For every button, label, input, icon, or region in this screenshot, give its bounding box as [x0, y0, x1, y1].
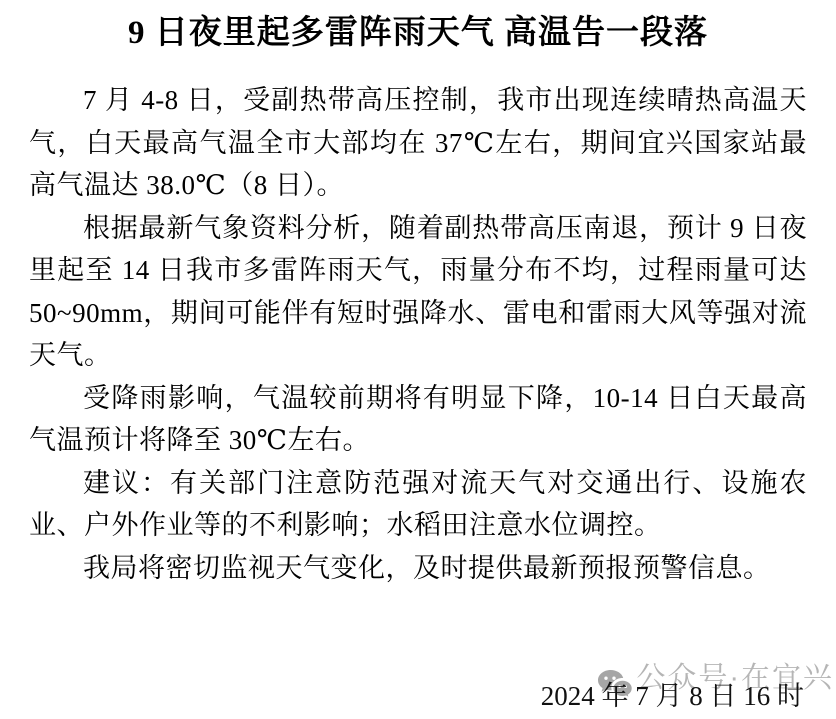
- document-page: 9 日夜里起多雷阵雨天气 高温告一段落 7 月 4-8 日，受副热带高压控制，我…: [0, 0, 836, 719]
- dateline: 2024 年 7 月 8 日 16 时: [541, 680, 804, 712]
- document-title: 9 日夜里起多雷阵雨天气 高温告一段落: [0, 0, 836, 56]
- paragraph-temperature-drop: 受降雨影响，气温较前期将有明显下降，10-14 日白天最高气温预计将降至 30℃…: [29, 377, 807, 462]
- document-body: 7 月 4-8 日，受副热带高压控制，我市出现连续晴热高温天气，白天最高气温全市…: [0, 56, 836, 589]
- paragraph-closing: 我局将密切监视天气变化，及时提供最新预报预警信息。: [29, 547, 807, 590]
- paragraph-recommendations: 建议：有关部门注意防范强对流天气对交通出行、设施农业、户外作业等的不利影响；水稻…: [29, 462, 807, 547]
- paragraph-thunderstorm-forecast: 根据最新气象资料分析，随着副热带高压南退，预计 9 日夜里起至 14 日我市多雷…: [29, 207, 807, 377]
- paragraph-heatwave-review: 7 月 4-8 日，受副热带高压控制，我市出现连续晴热高温天气，白天最高气温全市…: [29, 79, 807, 207]
